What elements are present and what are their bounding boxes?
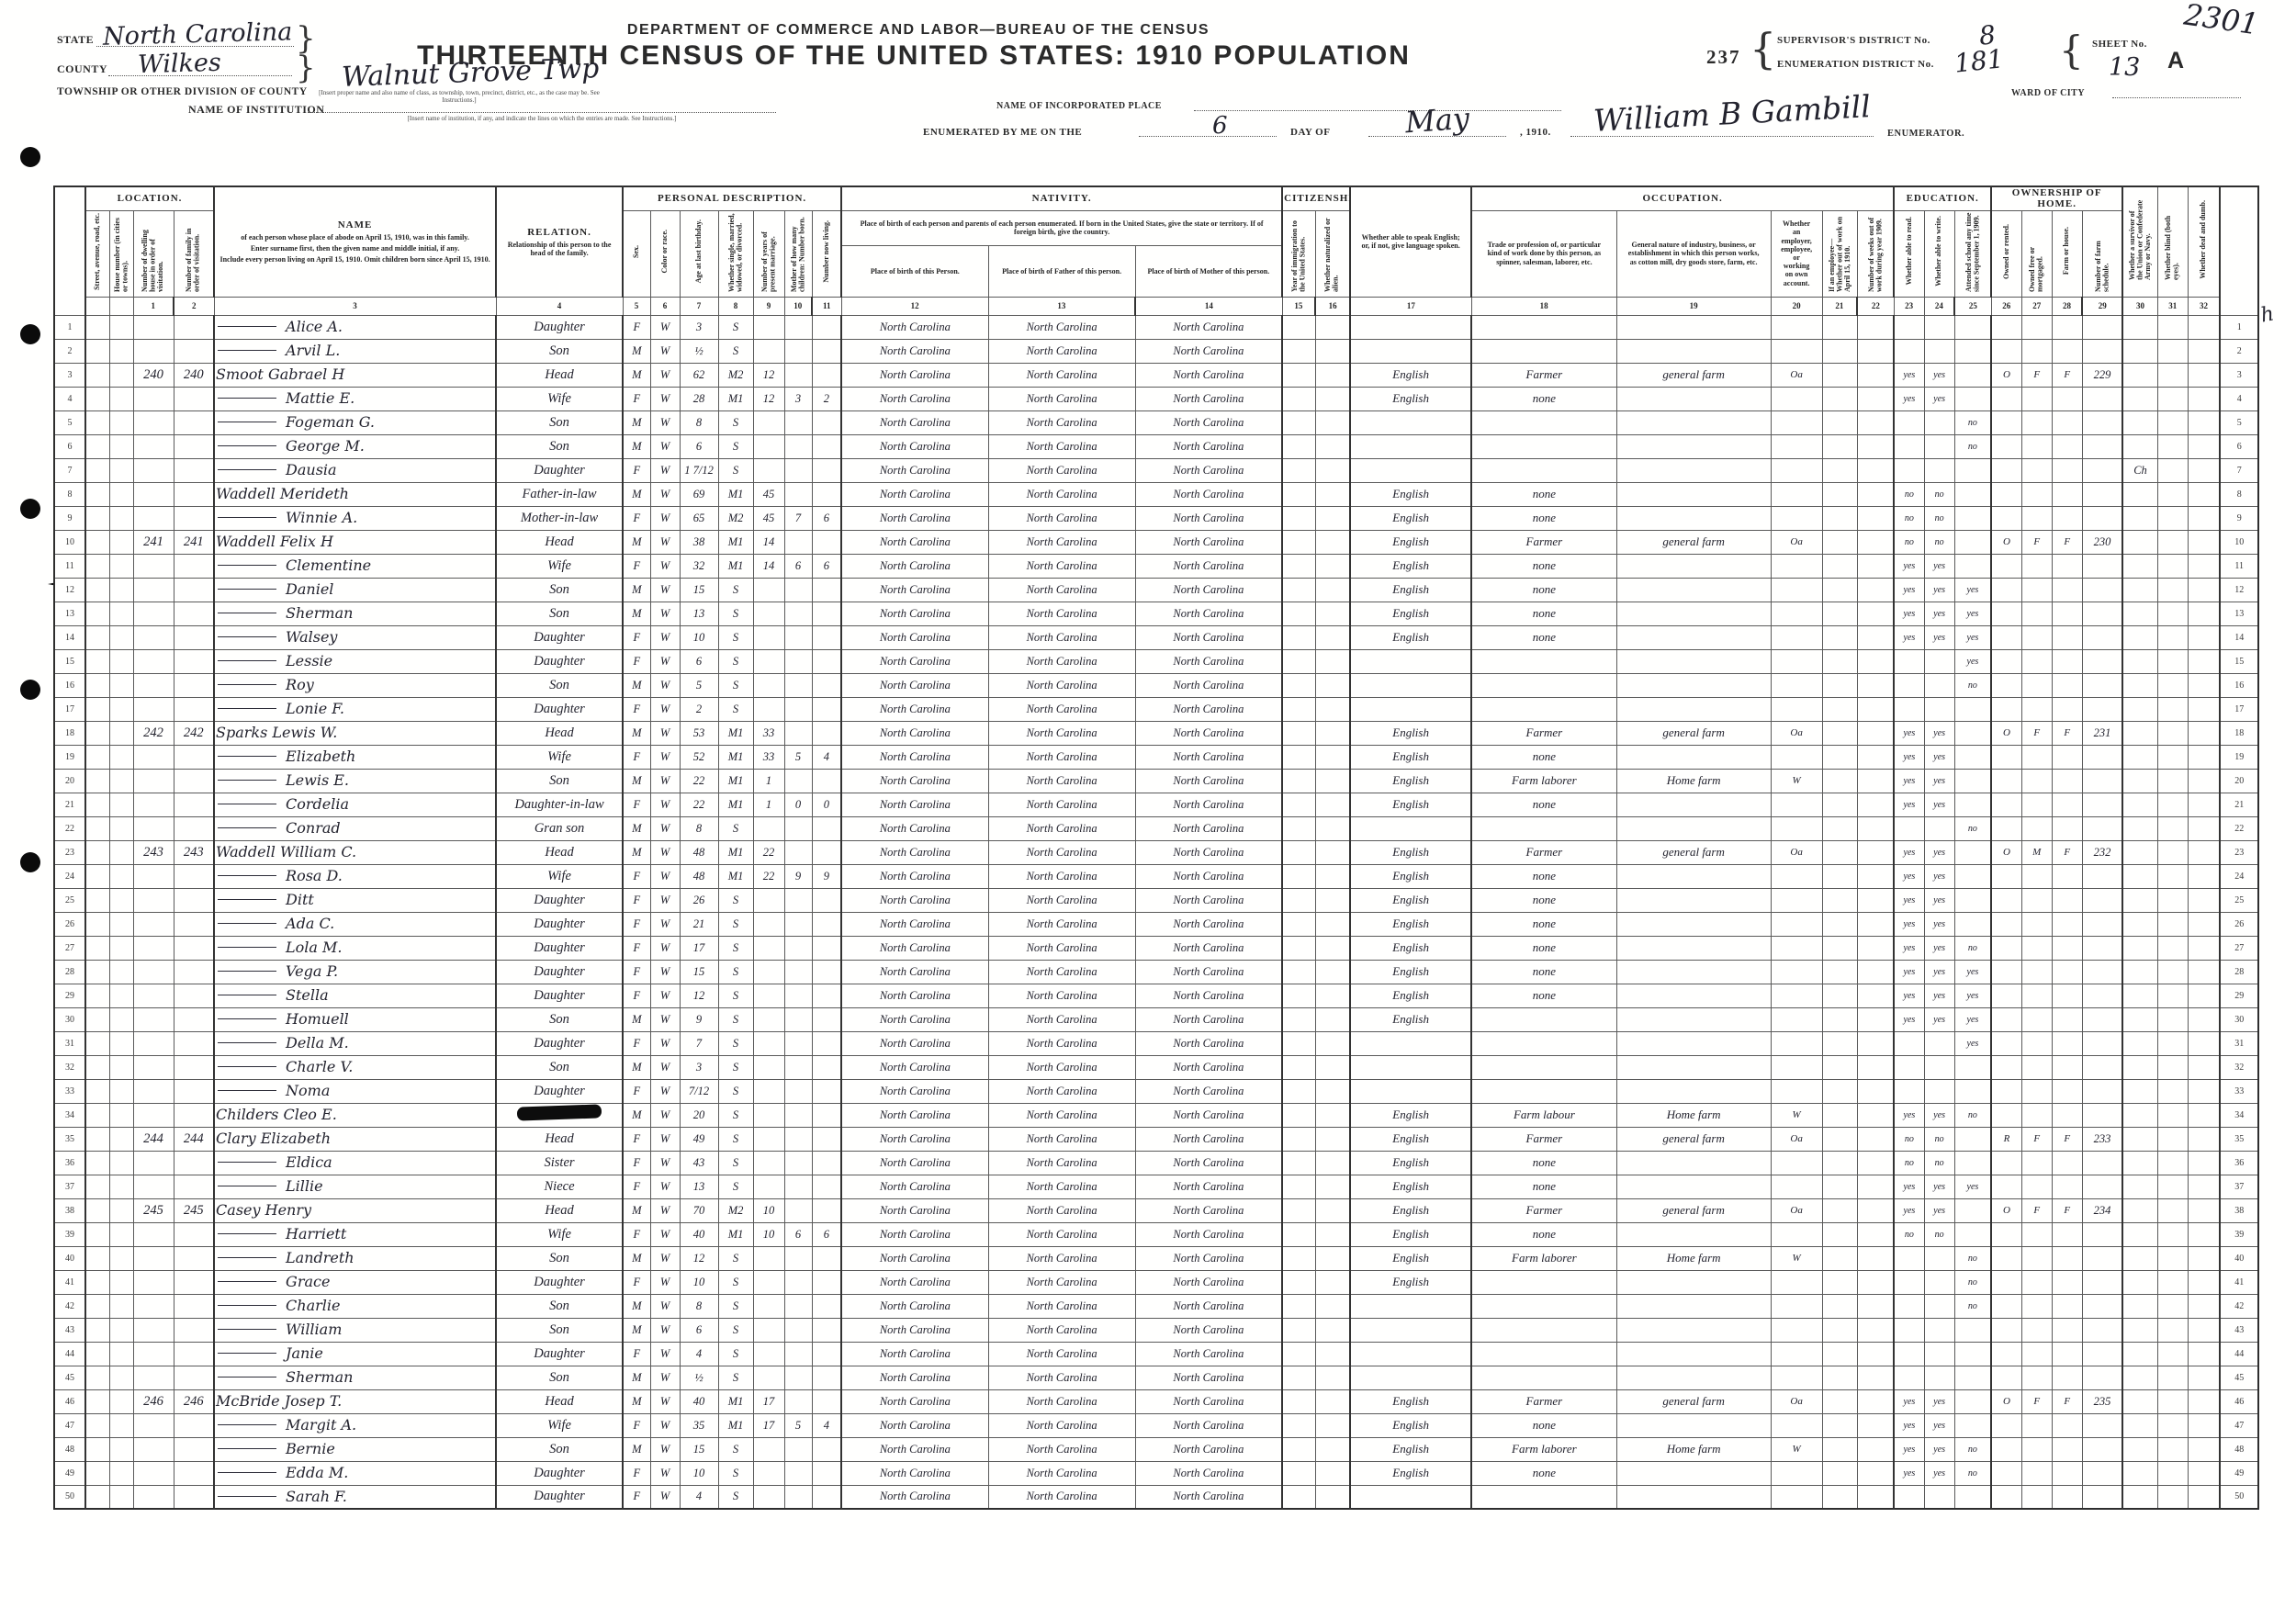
hole-punch — [20, 147, 40, 167]
cell-read — [1894, 1318, 1924, 1342]
cell-trade: Farmer — [1471, 840, 1616, 864]
cell-emp — [1771, 339, 1822, 363]
cell-yrs — [753, 1461, 784, 1485]
cell-trade: none — [1471, 1222, 1616, 1246]
cell-free — [2021, 1222, 2052, 1246]
cell-fam — [174, 602, 214, 625]
cell-dw: 243 — [133, 840, 174, 864]
cell-cl — [812, 339, 841, 363]
cell-mar: M1 — [718, 721, 753, 745]
state-line — [96, 28, 294, 47]
cell-c31 — [2157, 315, 2188, 339]
cell-c30 — [2122, 673, 2157, 697]
cell-c22 — [1857, 1366, 1894, 1389]
cell-own — [1991, 410, 2021, 434]
cell-read — [1894, 1342, 1924, 1366]
cell-eng: English — [1350, 888, 1471, 912]
cell-eng: English — [1350, 578, 1471, 602]
cell-emp — [1771, 1079, 1822, 1103]
cell-c21 — [1822, 1485, 1857, 1509]
cell-rnr: 43 — [2220, 1318, 2258, 1342]
cell-ind: Home farm — [1616, 769, 1771, 793]
cell-write: yes — [1924, 960, 1954, 984]
cell-color: W — [650, 721, 680, 745]
cell-write: no — [1924, 530, 1954, 554]
cell-c16 — [1315, 339, 1350, 363]
cell-bp2: North Carolina — [988, 1413, 1135, 1437]
cell-trade: none — [1471, 554, 1616, 578]
cell-c32 — [2188, 625, 2220, 649]
cell-rel: Daughter — [496, 912, 623, 936]
cell-c32 — [2188, 1485, 2220, 1509]
cell-emp — [1771, 816, 1822, 840]
cell-color: W — [650, 673, 680, 697]
cell-name: Sherman — [214, 1366, 496, 1389]
cell-sex: M — [623, 530, 650, 554]
cell-yrs — [753, 315, 784, 339]
cell-name: Bernie — [214, 1437, 496, 1461]
cell-house — [109, 1485, 133, 1509]
cell-cl — [812, 1103, 841, 1127]
cell-trade: Farmer — [1471, 363, 1616, 387]
enumeration-district-value: 181 — [1953, 43, 2005, 78]
cell-bp2: North Carolina — [988, 482, 1135, 506]
cell-rnr: 34 — [2220, 1103, 2258, 1127]
cell-emp: Oa — [1771, 530, 1822, 554]
cell-cb — [784, 1198, 812, 1222]
cell-eng: English — [1350, 1389, 1471, 1413]
cell-bp3: North Carolina — [1135, 482, 1282, 506]
cell-c21 — [1822, 1318, 1857, 1342]
cell-fam — [174, 1175, 214, 1198]
cell-cb — [784, 1485, 812, 1509]
cell-free — [2021, 602, 2052, 625]
cell-sched — [2082, 1413, 2122, 1437]
cell-ind: general farm — [1616, 1198, 1771, 1222]
cell-own — [1991, 888, 2021, 912]
table-header: LOCATION.NAMEof each person whose place … — [54, 186, 2258, 315]
cell-rnr: 45 — [2220, 1366, 2258, 1389]
cell-sched — [2082, 816, 2122, 840]
township-label: TOWNSHIP OR OTHER DIVISION OF COUNTY — [57, 86, 308, 97]
cell-c21 — [1822, 578, 1857, 602]
cell-c21 — [1822, 864, 1857, 888]
cell-own — [1991, 602, 2021, 625]
cell-sched — [2082, 960, 2122, 984]
county-brace: } — [296, 50, 316, 86]
cell-c32 — [2188, 649, 2220, 673]
cell-write: yes — [1924, 578, 1954, 602]
cell-cl — [812, 315, 841, 339]
cell-dw — [133, 864, 174, 888]
cell-write: yes — [1924, 363, 1954, 387]
cell-cb — [784, 649, 812, 673]
cell-write — [1924, 1485, 1954, 1509]
cell-house — [109, 1294, 133, 1318]
cell-farm — [2052, 506, 2082, 530]
cell-yrs: 12 — [753, 363, 784, 387]
cell-c15 — [1282, 1007, 1315, 1031]
cell-cb: 9 — [784, 864, 812, 888]
cell-trade — [1471, 458, 1616, 482]
cell-c30 — [2122, 1007, 2157, 1031]
cell-sched — [2082, 1222, 2122, 1246]
cell-house — [109, 1342, 133, 1366]
cell-emp: Oa — [1771, 363, 1822, 387]
cell-write: yes — [1924, 840, 1954, 864]
cell-cl — [812, 1294, 841, 1318]
cell-c16 — [1315, 1079, 1350, 1103]
column-number: 11 — [812, 297, 841, 315]
cell-cl — [812, 1007, 841, 1031]
cell-sex: F — [623, 1031, 650, 1055]
district-brace: { — [1750, 24, 1776, 73]
cell-mar: M1 — [718, 1413, 753, 1437]
cell-age: 15 — [680, 960, 718, 984]
cell-c31 — [2157, 1031, 2188, 1055]
cell-fam — [174, 864, 214, 888]
cell-read: yes — [1894, 1389, 1924, 1413]
cell-street — [85, 530, 109, 554]
cell-bp1: North Carolina — [841, 1342, 988, 1366]
cell-eng: English — [1350, 625, 1471, 649]
cell-eng — [1350, 410, 1471, 434]
cell-yrs — [753, 1270, 784, 1294]
cell-bp3: North Carolina — [1135, 1007, 1282, 1031]
cell-own — [1991, 1103, 2021, 1127]
cell-write: yes — [1924, 602, 1954, 625]
cell-trade: none — [1471, 1175, 1616, 1198]
cell-dw — [133, 602, 174, 625]
cell-ind — [1616, 1461, 1771, 1485]
cell-trade: none — [1471, 936, 1616, 960]
cell-cl — [812, 1318, 841, 1342]
cell-c16 — [1315, 1198, 1350, 1222]
cell-c32 — [2188, 1461, 2220, 1485]
cell-farm — [2052, 578, 2082, 602]
cell-color: W — [650, 602, 680, 625]
cell-c16 — [1315, 769, 1350, 793]
cell-rn: 7 — [54, 458, 85, 482]
cell-name: Lonie F. — [214, 697, 496, 721]
cell-school — [1954, 1389, 1991, 1413]
column-number: 8 — [718, 297, 753, 315]
cell-bp1: North Carolina — [841, 410, 988, 434]
cell-eng: English — [1350, 482, 1471, 506]
cell-fam — [174, 625, 214, 649]
cell-c31 — [2157, 936, 2188, 960]
cell-free — [2021, 888, 2052, 912]
cell-write — [1924, 1270, 1954, 1294]
cell-ind: Home farm — [1616, 1246, 1771, 1270]
cell-write: no — [1924, 1127, 1954, 1151]
cell-sched — [2082, 1342, 2122, 1366]
cell-bp3: North Carolina — [1135, 745, 1282, 769]
cell-write: yes — [1924, 793, 1954, 816]
nativity-subcolumn-header: Place of birth of this Person. — [841, 246, 988, 297]
table-row: 41GraceDaughterFW10SNorth CarolinaNorth … — [54, 1270, 2258, 1294]
cell-emp — [1771, 864, 1822, 888]
cell-c32 — [2188, 1055, 2220, 1079]
cell-c32 — [2188, 1031, 2220, 1055]
cell-sched — [2082, 554, 2122, 578]
cell-name: Alice A. — [214, 315, 496, 339]
cell-farm — [2052, 1103, 2082, 1127]
cell-c16 — [1315, 578, 1350, 602]
cell-c31 — [2157, 840, 2188, 864]
cell-fam — [174, 1031, 214, 1055]
cell-trade: none — [1471, 1413, 1616, 1437]
cell-c15 — [1282, 1031, 1315, 1055]
cell-cl — [812, 1366, 841, 1389]
cell-rel: Daughter — [496, 1079, 623, 1103]
cell-rnr: 3 — [2220, 363, 2258, 387]
cell-emp — [1771, 410, 1822, 434]
cell-c21 — [1822, 769, 1857, 793]
cell-c22 — [1857, 816, 1894, 840]
cell-farm — [2052, 1151, 2082, 1175]
cell-write: yes — [1924, 888, 1954, 912]
cell-c22 — [1857, 554, 1894, 578]
cell-bp3: North Carolina — [1135, 410, 1282, 434]
occupation-subcolumn-header: Number of weeks out of work during year … — [1857, 210, 1894, 297]
cell-name: Daniel — [214, 578, 496, 602]
cell-ind — [1616, 482, 1771, 506]
cell-yrs — [753, 1103, 784, 1127]
cell-rn: 18 — [54, 721, 85, 745]
cell-c30 — [2122, 1151, 2157, 1175]
cell-bp3: North Carolina — [1135, 363, 1282, 387]
cell-name: Conrad — [214, 816, 496, 840]
cell-c31 — [2157, 1007, 2188, 1031]
census-table: LOCATION.NAMEof each person whose place … — [53, 186, 2259, 1510]
cell-cl — [812, 602, 841, 625]
cell-fam — [174, 1413, 214, 1437]
ward-label: WARD OF CITY — [2011, 88, 2085, 98]
cell-c30 — [2122, 506, 2157, 530]
cell-trade: Farmer — [1471, 721, 1616, 745]
cell-free — [2021, 578, 2052, 602]
cell-name: Smoot Gabrael H — [214, 363, 496, 387]
cell-c21 — [1822, 363, 1857, 387]
cell-name: Lewis E. — [214, 769, 496, 793]
cell-bp1: North Carolina — [841, 1294, 988, 1318]
cell-cb — [784, 721, 812, 745]
cell-rnr: 6 — [2220, 434, 2258, 458]
cell-c15 — [1282, 1389, 1315, 1413]
cell-bp2: North Carolina — [988, 339, 1135, 363]
cell-c21 — [1822, 793, 1857, 816]
cell-school — [1954, 482, 1991, 506]
cell-eng: English — [1350, 1437, 1471, 1461]
cell-cl — [812, 1198, 841, 1222]
cell-bp2: North Carolina — [988, 458, 1135, 482]
cell-age: 22 — [680, 769, 718, 793]
cell-dw — [133, 1055, 174, 1079]
cell-school — [1954, 1198, 1991, 1222]
cell-own — [1991, 1007, 2021, 1031]
cell-c22 — [1857, 912, 1894, 936]
cell-cl: 2 — [812, 387, 841, 410]
cell-trade: none — [1471, 888, 1616, 912]
cell-sex: F — [623, 1222, 650, 1246]
cell-c15 — [1282, 697, 1315, 721]
cell-c32 — [2188, 1342, 2220, 1366]
cell-c31 — [2157, 864, 2188, 888]
cell-mar: S — [718, 434, 753, 458]
cell-c15 — [1282, 578, 1315, 602]
cell-rn: 40 — [54, 1246, 85, 1270]
cell-school — [1954, 1318, 1991, 1342]
cell-school — [1954, 1366, 1991, 1389]
cell-fam — [174, 482, 214, 506]
cell-dw — [133, 912, 174, 936]
cell-emp — [1771, 1175, 1822, 1198]
cell-ind — [1616, 554, 1771, 578]
cell-bp3: North Carolina — [1135, 840, 1282, 864]
cell-c30 — [2122, 1485, 2157, 1509]
cell-bp3: North Carolina — [1135, 816, 1282, 840]
cell-c32 — [2188, 721, 2220, 745]
cell-free — [2021, 339, 2052, 363]
cell-bp1: North Carolina — [841, 721, 988, 745]
cell-mar: S — [718, 1007, 753, 1031]
cell-c22 — [1857, 1151, 1894, 1175]
cell-c32 — [2188, 1198, 2220, 1222]
cell-dw — [133, 315, 174, 339]
cell-free — [2021, 697, 2052, 721]
cell-c21 — [1822, 530, 1857, 554]
cell-school — [1954, 912, 1991, 936]
personal-subcolumn-header: Whether single, married, widowed, or div… — [718, 210, 753, 297]
cell-c22 — [1857, 936, 1894, 960]
cell-c16 — [1315, 936, 1350, 960]
cell-own: O — [1991, 840, 2021, 864]
cell-school: yes — [1954, 602, 1991, 625]
cell-color: W — [650, 1342, 680, 1366]
cell-c30 — [2122, 1127, 2157, 1151]
cell-read: yes — [1894, 387, 1924, 410]
cell-c31 — [2157, 769, 2188, 793]
cell-bp3: North Carolina — [1135, 339, 1282, 363]
cell-own — [1991, 769, 2021, 793]
cell-c32 — [2188, 673, 2220, 697]
cell-yrs — [753, 673, 784, 697]
cell-house — [109, 840, 133, 864]
cell-sched — [2082, 1246, 2122, 1270]
occupation-section-title: OCCUPATION. — [1471, 186, 1894, 210]
cell-fam — [174, 1151, 214, 1175]
cell-free: F — [2021, 721, 2052, 745]
cell-rn: 24 — [54, 864, 85, 888]
cell-dw — [133, 1151, 174, 1175]
cell-c22 — [1857, 960, 1894, 984]
cell-color: W — [650, 1007, 680, 1031]
cell-sex: F — [623, 864, 650, 888]
column-number: 7 — [680, 297, 718, 315]
cell-house — [109, 1461, 133, 1485]
cell-bp3: North Carolina — [1135, 625, 1282, 649]
cell-house — [109, 1413, 133, 1437]
cell-c16 — [1315, 1127, 1350, 1151]
cell-cb — [784, 816, 812, 840]
cell-mar: S — [718, 1127, 753, 1151]
cell-eng: English — [1350, 984, 1471, 1007]
column-number: 16 — [1315, 297, 1350, 315]
cell-bp1: North Carolina — [841, 984, 988, 1007]
cell-c22 — [1857, 1294, 1894, 1318]
cell-farm — [2052, 1222, 2082, 1246]
cell-bp1: North Carolina — [841, 673, 988, 697]
cell-name: Lola M. — [214, 936, 496, 960]
cell-yrs: 45 — [753, 506, 784, 530]
cell-rnr: 41 — [2220, 1270, 2258, 1294]
cell-rn: 11 — [54, 554, 85, 578]
cell-write — [1924, 315, 1954, 339]
cell-cl — [812, 1485, 841, 1509]
cell-cl — [812, 1079, 841, 1103]
cell-house — [109, 984, 133, 1007]
cell-trade: Farm labour — [1471, 1103, 1616, 1127]
cell-free — [2021, 1031, 2052, 1055]
cell-c31 — [2157, 387, 2188, 410]
cell-emp — [1771, 1031, 1822, 1055]
cell-sex: F — [623, 793, 650, 816]
cell-c16 — [1315, 1055, 1350, 1079]
cell-cb — [784, 1342, 812, 1366]
cell-house — [109, 387, 133, 410]
cell-own — [1991, 434, 2021, 458]
cell-street — [85, 1318, 109, 1342]
cell-bp2: North Carolina — [988, 387, 1135, 410]
cell-age: 10 — [680, 1461, 718, 1485]
supervisor-district-label: SUPERVISOR'S DISTRICT No. — [1777, 35, 1930, 46]
cell-name: Vega P. — [214, 960, 496, 984]
cell-age: 6 — [680, 649, 718, 673]
cell-yrs — [753, 1437, 784, 1461]
cell-rel: Daughter — [496, 1031, 623, 1055]
cell-rel: Son — [496, 1366, 623, 1389]
cell-c21 — [1822, 434, 1857, 458]
cell-age: 10 — [680, 1270, 718, 1294]
cell-write — [1924, 410, 1954, 434]
cell-color: W — [650, 1198, 680, 1222]
cell-fam: 245 — [174, 1198, 214, 1222]
cell-rel — [496, 1103, 623, 1127]
cell-ind — [1616, 649, 1771, 673]
cell-street — [85, 363, 109, 387]
cell-bp3: North Carolina — [1135, 1342, 1282, 1366]
cell-house — [109, 1437, 133, 1461]
table-row: 16RoySonMW5SNorth CarolinaNorth Carolina… — [54, 673, 2258, 697]
cell-sched — [2082, 434, 2122, 458]
cell-free — [2021, 1151, 2052, 1175]
cell-sched — [2082, 1318, 2122, 1342]
cell-name: Walsey — [214, 625, 496, 649]
cell-emp — [1771, 745, 1822, 769]
cell-c22 — [1857, 363, 1894, 387]
cell-eng: English — [1350, 960, 1471, 984]
enumerated-prefix: ENUMERATED BY ME ON THE — [923, 127, 1082, 138]
cell-emp — [1771, 578, 1822, 602]
cell-eng — [1350, 697, 1471, 721]
cell-sex: M — [623, 1055, 650, 1079]
cell-write: yes — [1924, 769, 1954, 793]
cell-school — [1954, 840, 1991, 864]
cell-rel: Head — [496, 1127, 623, 1151]
cell-c22 — [1857, 458, 1894, 482]
column-number: 31 — [2157, 297, 2188, 315]
